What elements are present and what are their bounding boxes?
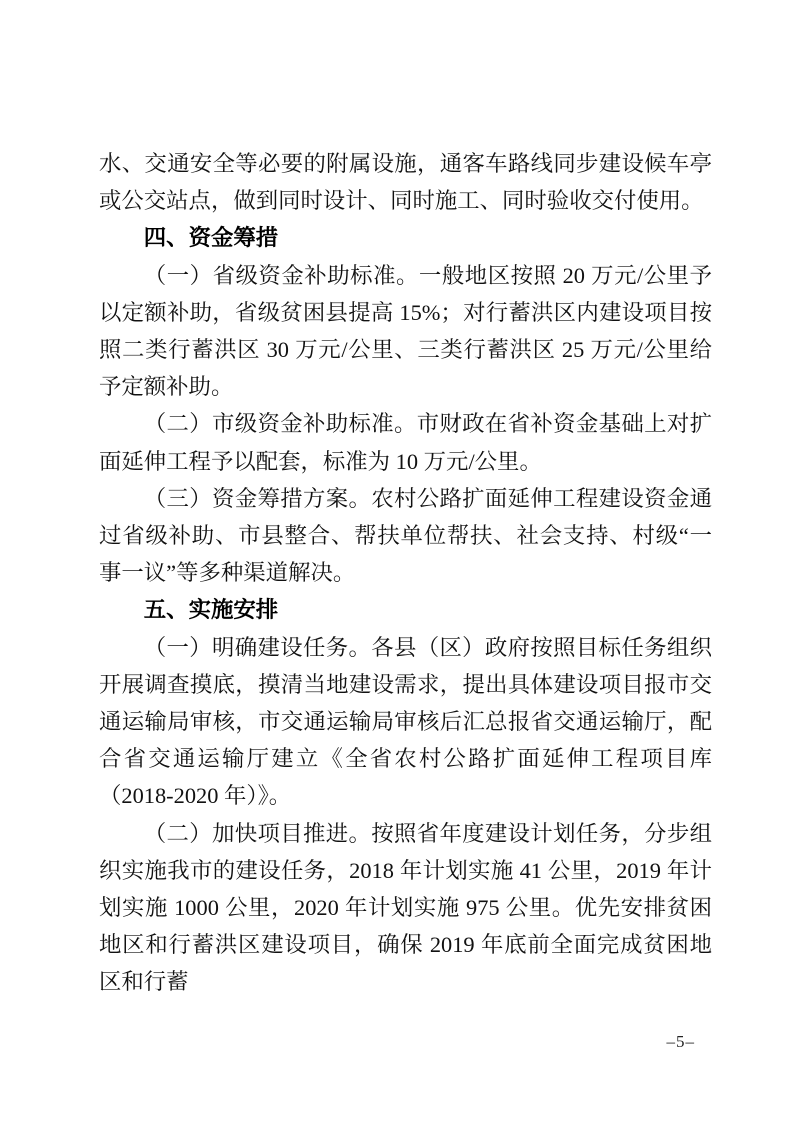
paragraph-text: 按照省年度建设计划任务，分步组织实施我市的建设任务，2018 年计划实施 41 … [99, 821, 712, 995]
page-number: –5– [667, 1033, 696, 1050]
paragraph-lead: （三）资金筹措方案。 [144, 486, 371, 511]
paragraph-accelerate-projects: （二）加快项目推进。按照省年度建设计划任务，分步组织实施我市的建设任务，2018… [99, 815, 712, 1001]
paragraph-lead: （二）市级资金补助标准。 [144, 411, 417, 436]
section-heading-implementation: 五、实施安排 [144, 591, 712, 628]
section-heading-funding: 四、资金筹措 [144, 219, 712, 256]
paragraph-text: 各县（区）政府按照目标任务组织开展调查摸底，摸清当地建设需求，提出具体建设项目报… [99, 635, 712, 809]
paragraph-municipal-subsidy: （二）市级资金补助标准。市财政在省补资金基础上对扩面延伸工程予以配套，标准为 1… [99, 405, 712, 479]
paragraph-funding-plan: （三）资金筹措方案。农村公路扩面延伸工程建设资金通过省级补助、市县整合、帮扶单位… [99, 480, 712, 592]
paragraph-provincial-subsidy: （一）省级资金补助标准。一般地区按照 20 万元/公里予以定额补助，省级贫困县提… [99, 257, 712, 406]
paragraph-lead: （二）加快项目推进。 [144, 821, 371, 846]
paragraph-lead: （一）明确建设任务。 [144, 635, 371, 660]
paragraph-define-tasks: （一）明确建设任务。各县（区）政府按照目标任务组织开展调查摸底，摸清当地建设需求… [99, 629, 712, 815]
document-body: 水、交通安全等必要的附属设施，通客车路线同步建设候车亭或公交站点，做到同时设计、… [99, 145, 712, 1001]
paragraph-continuation: 水、交通安全等必要的附属设施，通客车路线同步建设候车亭或公交站点，做到同时设计、… [99, 145, 712, 219]
paragraph-lead: （一）省级资金补助标准。 [144, 263, 419, 288]
document-page: 水、交通安全等必要的附属设施，通客车路线同步建设候车亭或公交站点，做到同时设计、… [0, 0, 794, 1122]
